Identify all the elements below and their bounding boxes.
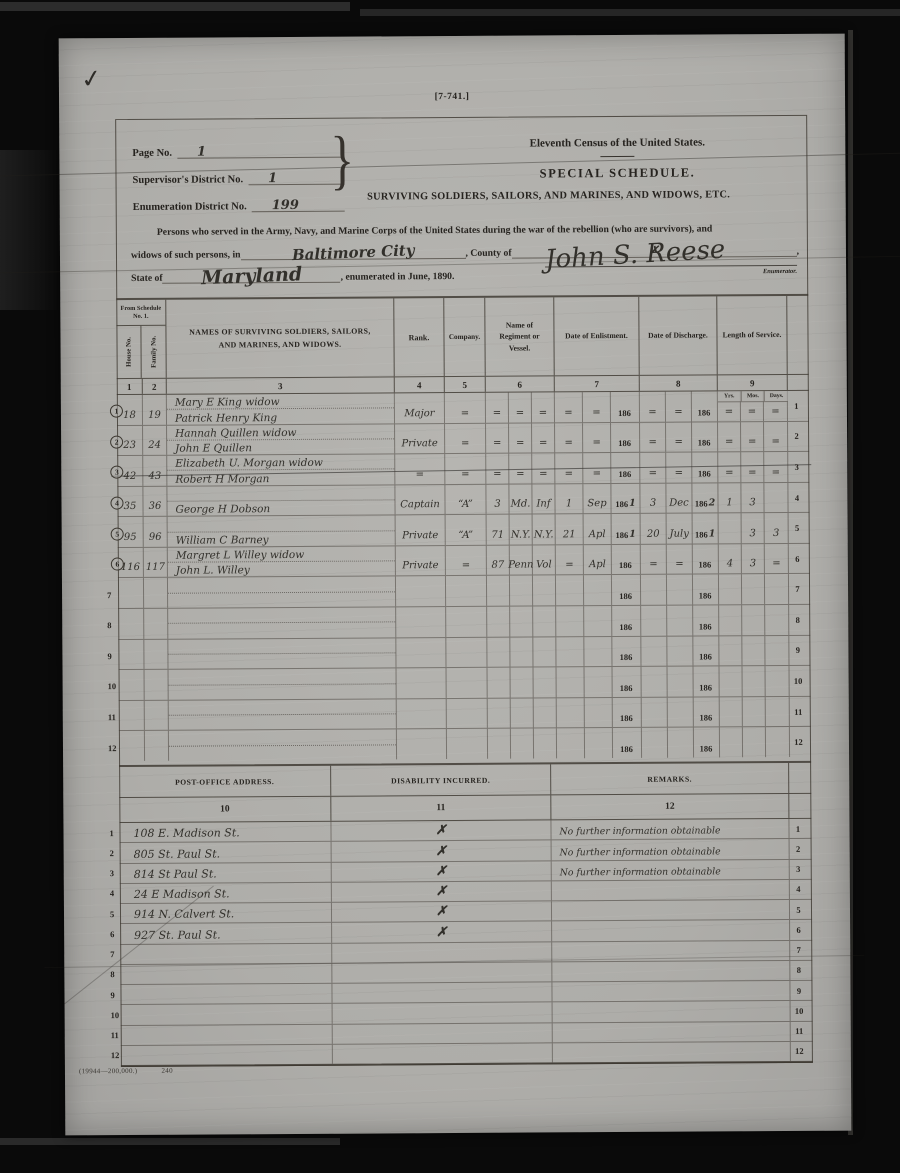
enlist-day-cell: [556, 606, 584, 636]
regiment-cell: =: [532, 454, 555, 484]
family-no-cell: [145, 670, 169, 700]
column-number: 1: [117, 379, 143, 394]
row-number-right: 2: [790, 839, 807, 858]
enlist-month-cell: =: [583, 392, 611, 422]
row-number-right: 2: [788, 421, 805, 451]
table-row: 11819Mary E King widowPatrick Henry King…: [117, 391, 809, 426]
disability-cell: [332, 962, 552, 983]
discharge-month-cell: [668, 697, 694, 727]
disability-cell: ✗: [331, 820, 551, 841]
rank-cell: [396, 607, 446, 637]
column-number: 8: [640, 375, 718, 390]
regiment-cell: [533, 576, 556, 606]
remarks-cell: No further information obtainable: [552, 859, 790, 880]
enlist-year-cell: 186: [611, 392, 640, 422]
regiment-cell: =: [532, 423, 555, 453]
soldier-name: [168, 592, 395, 608]
widow-name: Elizabeth U. Morgan widow: [167, 455, 394, 472]
company-cell: “A”: [446, 515, 487, 545]
row-number-right: 9: [789, 635, 806, 665]
year-prefix: 186: [699, 713, 712, 723]
discharge-year-cell: 186: [693, 575, 719, 605]
enlist-month-cell: =: [583, 423, 611, 453]
days-cell: 3: [765, 513, 789, 543]
discharge-year-cell: 186: [693, 636, 719, 666]
year-prefix: 186: [699, 621, 712, 631]
names-cell: William C Barney: [168, 516, 396, 547]
discharge-month-cell: =: [667, 544, 693, 574]
company-header: Company.: [444, 298, 485, 376]
disability-cell: ✗: [332, 901, 552, 922]
address-cell: [120, 964, 332, 985]
regiment-cell: 71: [487, 515, 510, 545]
names-header: NAMES OF SURVIVING SOLDIERS, SAILORS, AN…: [166, 298, 394, 377]
main-table-header: From Schedule No. 1. House No. Family No…: [116, 296, 808, 379]
regiment-cell: [534, 698, 557, 728]
column-number: 2: [143, 379, 167, 394]
soldier-name: George H Dobson: [167, 500, 394, 516]
regiment-cell: Inf: [532, 484, 555, 514]
rank-cell: [396, 577, 446, 607]
disability-cell: [332, 982, 552, 1003]
regiment-cell: [511, 698, 534, 728]
months-cell: 3: [741, 483, 764, 513]
service-header: Length of Service.: [717, 296, 787, 374]
print-number: 240: [161, 1067, 172, 1075]
discharge-month-cell: July: [667, 514, 693, 544]
row-number-header: [789, 763, 806, 793]
address-cell: [121, 1004, 333, 1025]
row-number-left: 11: [108, 712, 116, 722]
enlist-year-cell: 1861: [612, 514, 641, 544]
schedule-group: From Schedule No. 1. House No. Family No…: [116, 300, 166, 378]
column-number: 7: [555, 376, 640, 392]
discharge-month-cell: [668, 667, 694, 697]
enlist-year-cell: 186: [613, 698, 642, 728]
widow-name: Hannah Quillen widow: [167, 424, 394, 441]
main-table-rows: Yrs.Mos.Days. 11819Mary E King widowPatr…: [117, 391, 811, 761]
column-number: 12: [551, 794, 789, 819]
address-cell: 805 St. Paul St.: [120, 842, 332, 863]
regiment-header: Name of Regiment or Vessel.: [485, 297, 554, 375]
year-prefix: 186: [695, 499, 708, 509]
months-cell: 3: [742, 513, 765, 543]
enlist-year-cell: 186: [612, 606, 641, 636]
row-number-left: 3: [110, 466, 123, 479]
discharge-year-cell: 186: [694, 667, 720, 697]
company-cell: =: [445, 454, 486, 484]
rank-cell: [397, 668, 447, 698]
widow-name: Margret L Willey widow: [168, 546, 395, 563]
family-no-cell: 36: [143, 486, 167, 516]
regiment-cell: [487, 607, 510, 637]
row-number-right: 6: [790, 920, 807, 939]
rank-cell: Captain: [395, 485, 445, 515]
discharge-year-suffix: 1: [709, 528, 716, 539]
year-prefix: 186: [620, 683, 633, 693]
disability-cell: ✗: [332, 861, 552, 882]
print-footer: (19944—200,000.) 240: [79, 1067, 173, 1076]
enlist-year-cell: 186: [611, 422, 640, 452]
column-number: 9: [718, 375, 788, 390]
year-prefix: 186: [620, 713, 633, 723]
remarks-cell: [552, 961, 790, 982]
regiment-cell: [487, 576, 510, 606]
disability-cell: [332, 942, 552, 963]
regiment-cell: [488, 698, 511, 728]
address-cell: 914 N. Calvert St.: [120, 903, 332, 924]
names-cell: [168, 577, 396, 608]
soldier-name: [169, 745, 396, 761]
schedule-title: SPECIAL SCHEDULE.: [438, 165, 796, 182]
print-code: (19944—200,000.): [79, 1067, 138, 1075]
rank-cell: =: [395, 454, 445, 484]
rank-cell: [397, 729, 447, 759]
regiment-cell: [511, 668, 534, 698]
row-number-right: 6: [789, 544, 806, 574]
years-cell: [719, 636, 742, 666]
row-number-left: 9: [110, 990, 114, 1000]
row-number-right: 7: [789, 574, 806, 604]
schedule-subtitle: SURVIVING SOLDIERS, SAILORS, AND MARINES…: [295, 189, 803, 203]
year-prefix: 186: [699, 590, 712, 600]
house-no-cell: [118, 640, 144, 670]
years-cell: [719, 605, 742, 635]
discharge-header: Date of Discharge.: [639, 296, 717, 374]
county-label: , County of: [466, 248, 512, 259]
widow-name: Mary E King widow: [167, 393, 394, 410]
family-no-cell: 117: [144, 548, 168, 578]
row-number-header: [787, 296, 804, 374]
regiment-cell: =: [486, 454, 509, 484]
year-prefix: 186: [699, 652, 712, 662]
house-no-cell: [119, 731, 145, 761]
days-cell: [764, 483, 788, 513]
enlist-day-cell: =: [555, 392, 583, 422]
names-cell: Hannah Quillen widowJohn E Quillen: [167, 424, 395, 455]
checkmark-annotation: ✓: [79, 63, 104, 95]
column-number: 10: [119, 797, 331, 822]
address-cell: [120, 943, 332, 964]
months-cell: 3: [742, 544, 765, 574]
regiment-cell: [533, 606, 556, 636]
address-header: POST-OFFICE ADDRESS.: [119, 766, 331, 797]
remarks-cell: [552, 900, 790, 921]
row-number-left: 6: [111, 558, 124, 571]
bottom-table-rows: 1108 E. Madison St.✗No further informati…: [119, 819, 812, 1065]
enlist-day-cell: [557, 667, 585, 697]
regiment-cell: [510, 607, 533, 637]
discharge-year-cell: 186: [692, 391, 718, 421]
service-subcolumn-label: Days.: [765, 391, 788, 402]
year-prefix: 186: [619, 622, 632, 632]
row-number-right: 1: [789, 819, 806, 838]
disability-cell: ✗: [332, 841, 552, 862]
discharge-day-cell: 3: [640, 483, 666, 513]
year-prefix: 186: [620, 652, 633, 662]
enlist-month-cell: Apl: [584, 545, 612, 575]
company-cell: =: [446, 546, 487, 576]
year-prefix: 186: [698, 438, 711, 448]
regiment-cell: =: [486, 393, 509, 423]
row-number-left: 5: [111, 527, 124, 540]
company-cell: [446, 637, 487, 667]
page-no-field: Page No. 1: [132, 131, 344, 159]
enlist-month-cell: [584, 637, 612, 667]
years-cell: =: [718, 452, 741, 482]
disability-cell: [333, 1003, 553, 1024]
supervisor-district-field: Supervisor's District No. 1: [132, 158, 344, 186]
house-no-cell: [118, 609, 144, 639]
page-no-value: 1: [197, 145, 206, 160]
discharge-month-cell: [667, 606, 693, 636]
supervisor-district-label: Supervisor's District No.: [132, 174, 243, 186]
disability-cell: ✗: [332, 922, 552, 943]
soldier-name: Patrick Henry King: [167, 409, 394, 425]
enlistment-header: Date of Enlistment.: [554, 297, 639, 376]
row-number-right: 7: [790, 940, 807, 959]
discharge-day-cell: [641, 606, 667, 636]
months-cell: [742, 575, 765, 605]
widow-name: [168, 607, 395, 624]
column-number: 3: [167, 377, 395, 393]
service-subcolumn-label: Yrs.: [718, 391, 742, 402]
year-prefix: 186: [618, 438, 631, 448]
discharge-month-cell: =: [666, 453, 692, 483]
discharge-day-cell: =: [640, 453, 666, 483]
disability-cell: ✗: [332, 881, 552, 902]
remarks-cell: [553, 1021, 791, 1042]
page-no-label: Page No.: [132, 148, 172, 159]
address-cell: 24 E Madison St.: [120, 883, 332, 904]
enlist-month-cell: [585, 698, 613, 728]
year-prefix: 186: [619, 591, 632, 601]
discharge-year-cell: 186: [693, 605, 719, 635]
table-row: 1218618612: [119, 727, 811, 761]
remarks-cell: [552, 940, 790, 961]
enlist-day-cell: [557, 698, 585, 728]
year-prefix: 186: [619, 560, 632, 570]
discharge-month-cell: Dec: [666, 483, 692, 513]
state-label: State of: [131, 273, 163, 284]
soldier-name: [168, 623, 395, 639]
regiment-cell: N.Y.: [510, 515, 533, 545]
years-cell: [719, 514, 742, 544]
regiment-cell: Vol: [533, 545, 556, 575]
soldier-name: John E Quillen: [167, 439, 394, 455]
main-table: From Schedule No. 1. House No. Family No…: [116, 294, 811, 761]
names-cell: George H Dobson: [167, 485, 395, 516]
table-row: 6116117Margret L Willey widowJohn L. Wil…: [118, 544, 810, 579]
rank-cell: Private: [396, 515, 446, 545]
house-no-cell: [119, 670, 145, 700]
regiment-cell: =: [509, 423, 532, 453]
names-cell: [169, 730, 397, 761]
enumeration-district-label: Enumeration District No.: [133, 201, 247, 213]
company-cell: [446, 576, 487, 606]
discharge-year-cell: 186: [692, 453, 718, 483]
scan-streak: [0, 150, 60, 310]
row-number-left: 12: [111, 1050, 120, 1060]
enlist-month-cell: Sep: [583, 484, 611, 514]
names-cell: [169, 669, 397, 700]
enlist-day-cell: 21: [556, 515, 584, 545]
enlist-month-cell: [584, 576, 612, 606]
row-number-left: 12: [108, 743, 117, 753]
form-border: Page No. 1 Supervisor's District No. 1 E…: [115, 115, 813, 1067]
discharge-day-cell: [642, 667, 668, 697]
table-row: 1018618610: [119, 666, 811, 701]
schedule-group-label: From Schedule No. 1.: [116, 300, 165, 326]
row-number-right: 3: [788, 452, 805, 482]
column-number: [788, 375, 805, 390]
regiment-cell: Md.: [509, 484, 532, 514]
row-number-left: 6: [110, 929, 114, 939]
months-cell: [742, 636, 765, 666]
family-no-cell: [144, 609, 168, 639]
address-cell: 814 St Paul St.: [120, 862, 332, 883]
years-cell: 4: [719, 544, 742, 574]
discharge-day-cell: =: [640, 392, 666, 422]
family-no-cell: [145, 731, 169, 761]
regiment-cell: Penn: [510, 545, 533, 575]
rank-cell: [397, 699, 447, 729]
widow-name: [167, 485, 394, 502]
discharge-day-cell: 20: [641, 514, 667, 544]
row-number-left: 4: [110, 497, 123, 510]
rank-cell: Private: [395, 424, 445, 454]
remarks-cell: No further information obtainable: [552, 839, 790, 860]
days-cell: [765, 574, 789, 604]
enumerated-label: , enumerated in June, 1890.: [341, 271, 455, 283]
widow-name: [169, 699, 396, 716]
days-cell: [765, 636, 789, 666]
row-number-right: 10: [790, 666, 807, 696]
year-prefix: 186: [615, 499, 628, 509]
years-cell: [720, 728, 743, 758]
enlist-month-cell: =: [583, 453, 611, 483]
address-cell: 108 E. Madison St.: [119, 822, 331, 843]
row-number-right: 12: [790, 727, 807, 757]
service-subheader: Yrs.Mos.Days.: [718, 391, 788, 402]
document-page: ✓ [7-741.] Page No. 1 Supervisor's Distr…: [59, 34, 852, 1136]
rank-cell: Private: [396, 546, 446, 576]
discharge-day-cell: [642, 728, 668, 758]
enlist-day-cell: =: [555, 423, 583, 453]
months-cell: =: [741, 422, 764, 452]
row-number-right: 5: [789, 513, 806, 543]
row-number-right: 10: [791, 1001, 808, 1020]
discharge-month-cell: =: [666, 422, 692, 452]
bottom-table-header: POST-OFFICE ADDRESS. DISABILITY INCURRED…: [119, 763, 811, 798]
rank-cell: [396, 638, 446, 668]
year-prefix: 186: [698, 407, 711, 417]
soldier-name: [168, 653, 395, 669]
company-cell: =: [445, 393, 486, 423]
intro-in-label: widows of such persons, in: [131, 249, 241, 261]
company-cell: “A”: [445, 485, 486, 515]
form-header: Page No. 1 Supervisor's District No. 1 E…: [116, 116, 807, 298]
bottom-table: POST-OFFICE ADDRESS. DISABILITY INCURRED…: [119, 761, 813, 1067]
enlist-year-suffix: 1: [629, 529, 636, 540]
row-number-right: 11: [791, 1021, 808, 1040]
days-cell: [766, 727, 790, 757]
year-prefix: 186: [618, 469, 631, 479]
enlist-year-suffix: 1: [629, 498, 636, 509]
house-no-cell: [119, 701, 145, 731]
company-cell: [446, 607, 487, 637]
enlist-day-cell: =: [556, 545, 584, 575]
rank-cell: Major: [395, 393, 445, 423]
discharge-month-cell: [668, 728, 694, 758]
regiment-cell: [534, 668, 557, 698]
rank-header: Rank.: [394, 298, 444, 376]
discharge-month-cell: =: [666, 392, 692, 422]
regiment-cell: [488, 729, 511, 759]
company-cell: [447, 699, 488, 729]
row-number-left: 2: [110, 848, 114, 858]
row-number-left: 5: [110, 909, 114, 919]
company-cell: [447, 729, 488, 759]
scan-streak: [360, 9, 900, 16]
enlist-month-cell: Apl: [584, 514, 612, 544]
widow-name: [168, 638, 395, 655]
days-cell: =: [764, 452, 788, 482]
address-cell: 927 St. Paul St.: [120, 923, 332, 944]
column-number: [789, 794, 806, 818]
regiment-cell: 3: [486, 484, 509, 514]
days-cell: =: [765, 544, 789, 574]
address-cell: [121, 1045, 333, 1066]
discharge-year-cell: 186: [694, 728, 720, 758]
soldier-name: William C Barney: [168, 531, 395, 547]
discharge-month-cell: [667, 636, 693, 666]
family-no-cell: 43: [143, 456, 167, 486]
enlist-year-cell: 186: [612, 545, 641, 575]
years-cell: =: [718, 422, 741, 452]
disability-cell: [333, 1023, 553, 1044]
months-cell: [743, 697, 766, 727]
family-no-cell: 19: [143, 395, 167, 425]
remarks-cell: [553, 1001, 791, 1022]
row-number-right: 4: [788, 483, 805, 513]
widow-name: [168, 577, 395, 594]
remarks-cell: [552, 920, 790, 941]
row-number-left: 3: [110, 868, 114, 878]
discharge-year-cell: 186: [694, 697, 720, 727]
table-row: 71861867: [118, 574, 810, 609]
row-number-left: 7: [110, 949, 114, 959]
row-number-right: 1: [788, 391, 805, 421]
discharge-day-cell: =: [641, 545, 667, 575]
months-cell: =: [741, 452, 764, 482]
names-cell: [168, 607, 396, 638]
row-number-left: 8: [110, 969, 114, 979]
names-cell: Mary E King widowPatrick Henry King: [167, 393, 395, 424]
enlist-year-cell: 1861: [611, 484, 640, 514]
family-no-cell: [145, 701, 169, 731]
state-value: Maryland: [201, 263, 303, 289]
family-no-cell: 96: [144, 517, 168, 547]
service-subcolumn-label: Mos.: [741, 391, 765, 402]
widow-name: [168, 516, 395, 533]
family-no-cell: [144, 578, 168, 608]
house-no-cell: [118, 578, 144, 608]
row-number-left: 7: [107, 590, 111, 600]
brace-glyph: }: [330, 121, 354, 201]
row-number-left: 11: [111, 1030, 119, 1040]
discharge-month-cell: [667, 575, 693, 605]
